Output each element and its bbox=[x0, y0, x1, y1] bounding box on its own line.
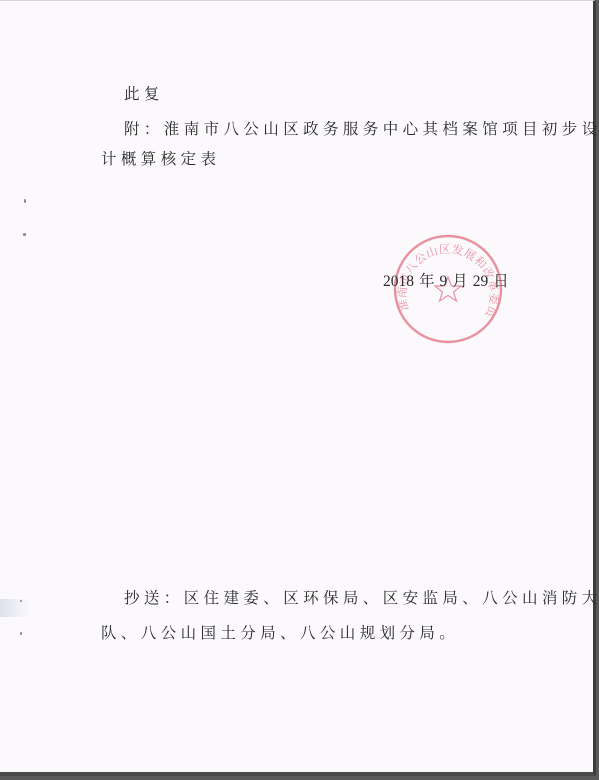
date-month-unit: 月 bbox=[452, 273, 468, 290]
scan-speck bbox=[20, 632, 22, 635]
date-day: 29 bbox=[473, 273, 489, 290]
document-page: 此复 附：淮南市八公山区政务服务中心其档案馆项目初步设 计概算核定表 淮南市八公… bbox=[0, 0, 596, 776]
date-year-unit: 年 bbox=[419, 273, 435, 290]
carbon-copy-line-2: 队、八公山国土分局、八公山规划分局。 bbox=[101, 623, 459, 643]
document-date: 2018年9月29日 bbox=[383, 272, 509, 292]
carbon-copy-line-1: 抄送：区住建委、区环保局、区安监局、八公山消防大 bbox=[124, 588, 599, 608]
reply-closing: 此复 bbox=[124, 84, 164, 104]
date-year: 2018 bbox=[383, 273, 414, 290]
scan-speck bbox=[23, 233, 26, 236]
date-month: 9 bbox=[440, 273, 448, 290]
attachment-line-2: 计概算核定表 bbox=[101, 149, 220, 169]
date-day-unit: 日 bbox=[493, 273, 509, 290]
scan-speck bbox=[20, 600, 22, 602]
scan-shadow bbox=[0, 599, 30, 617]
attachment-line-1: 附：淮南市八公山区政务服务中心其档案馆项目初步设 bbox=[124, 119, 599, 139]
scan-speck bbox=[24, 199, 26, 203]
